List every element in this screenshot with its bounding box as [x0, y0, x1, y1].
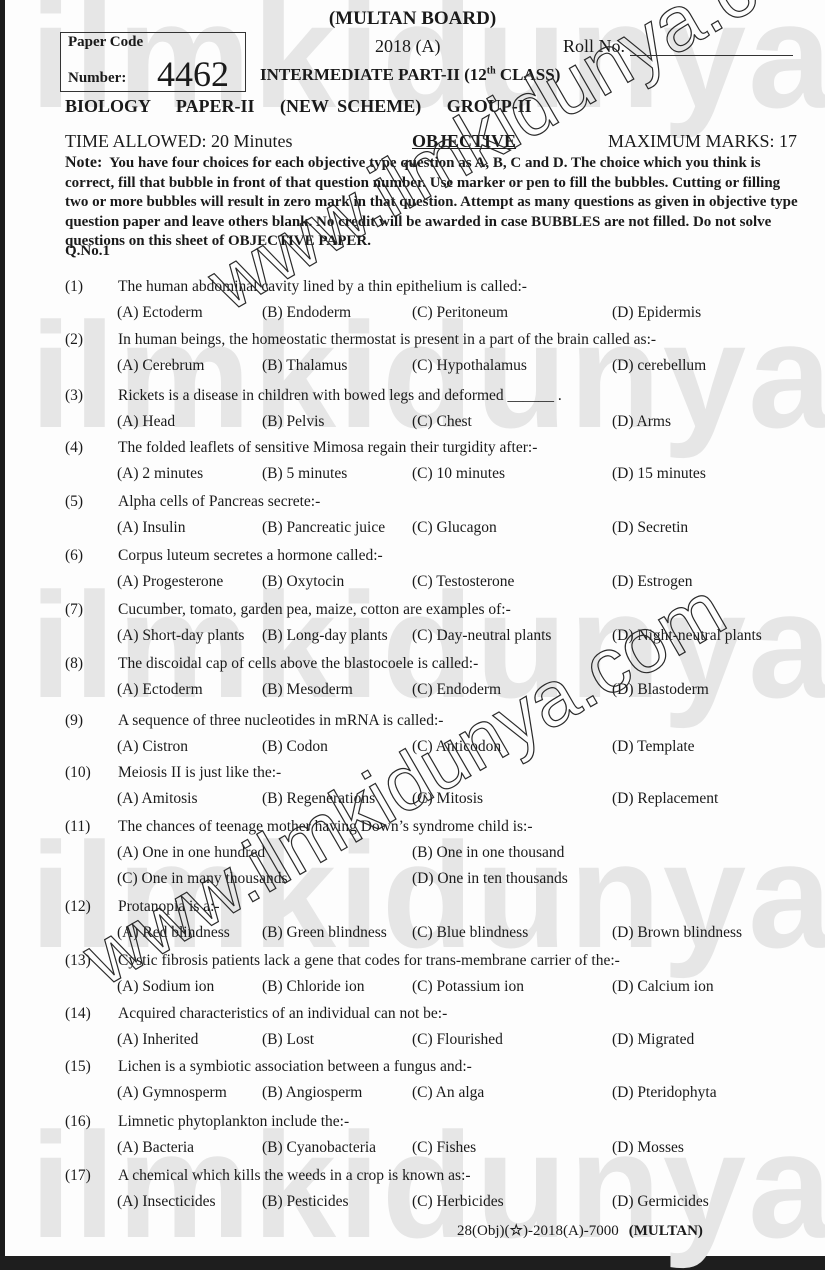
question-text: The human abdominal cavity lined by a th… — [118, 278, 527, 296]
option-d: (D) Migrated — [612, 1031, 694, 1049]
option-b: (B) Pelvis — [262, 413, 324, 431]
option-a: (A) Inherited — [117, 1031, 198, 1049]
paper-footer: 28(Obj)(☆)-2018(A)-7000(MULTAN) — [457, 1221, 703, 1240]
question-text: Cucumber, tomato, garden pea, maize, cot… — [118, 601, 511, 619]
exam-level-end: CLASS) — [496, 65, 561, 84]
roll-number-label: Roll No. — [563, 36, 625, 57]
footer-region: (MULTAN) — [629, 1223, 703, 1239]
option-c: (C) Herbicides — [412, 1193, 504, 1211]
question-number-label: Q.No.1 — [65, 243, 110, 260]
option-c: (C) Hypothalamus — [412, 357, 527, 375]
option-b: (B) 5 minutes — [262, 465, 347, 483]
question-item: (5)Alpha cells of Pancreas secrete:-(A) … — [0, 493, 825, 543]
option-d: (D) Estrogen — [612, 573, 693, 591]
section-title: OBJECTIVE — [412, 131, 516, 152]
question-text: Rickets is a disease in children with bo… — [118, 387, 562, 405]
paper-code-label: Paper Code — [68, 34, 143, 51]
option-a: (A) Progesterone — [117, 573, 223, 591]
option-d: (D) Template — [612, 738, 695, 756]
question-text: Acquired characteristics of an individua… — [118, 1005, 447, 1023]
question-number: (10) — [65, 764, 91, 782]
exam-level: INTERMEDIATE PART-II (12th CLASS) — [260, 65, 560, 85]
option-c: (C) Blue blindness — [412, 924, 528, 942]
question-item: (15)Lichen is a symbiotic association be… — [0, 1058, 825, 1108]
question-number: (3) — [65, 387, 83, 405]
option-c: (C) Flourished — [412, 1031, 503, 1049]
question-number: (2) — [65, 331, 83, 349]
exam-year: 2018 (A) — [375, 36, 441, 57]
paper-number-label: Number: — [68, 70, 126, 87]
option-b: (B) Pancreatic juice — [262, 519, 385, 537]
option-b: (B) Oxytocin — [262, 573, 344, 591]
roll-number-field[interactable] — [630, 55, 793, 56]
option-a: (A) Ectoderm — [117, 304, 203, 322]
exam-level-text: INTERMEDIATE PART-II (12 — [260, 65, 487, 84]
option-c: (C) Testosterone — [412, 573, 514, 591]
option-c: (C) Potassium ion — [412, 978, 524, 996]
question-item: (7)Cucumber, tomato, garden pea, maize, … — [0, 601, 825, 651]
option-d: (D) One in ten thousands — [412, 870, 568, 888]
question-item: (12)Protanopia is a:-(A) Red blindness(B… — [0, 898, 825, 948]
option-d: (D) Mosses — [612, 1139, 684, 1157]
question-text: The discoidal cap of cells above the bla… — [118, 655, 478, 673]
question-item: (6)Corpus luteum secretes a hormone call… — [0, 547, 825, 597]
question-text: Cystic fibrosis patients lack a gene tha… — [118, 952, 620, 970]
option-a: (A) Sodium ion — [117, 978, 214, 996]
question-text: Alpha cells of Pancreas secrete:- — [118, 493, 320, 511]
question-number: (15) — [65, 1058, 91, 1076]
question-text: Protanopia is a:- — [118, 898, 220, 916]
question-number: (13) — [65, 952, 91, 970]
option-b: (B) Green blindness — [262, 924, 387, 942]
option-a: (A) Gymnosperm — [117, 1084, 227, 1102]
question-item: (13)Cystic fibrosis patients lack a gene… — [0, 952, 825, 1002]
option-b: (B) Chloride ion — [262, 978, 364, 996]
question-number: (9) — [65, 712, 83, 730]
question-item: (3)Rickets is a disease in children with… — [0, 387, 825, 437]
option-b: (B) Mesoderm — [262, 681, 353, 699]
option-a: (A) Insecticides — [117, 1193, 216, 1211]
question-text: The folded leaflets of sensitive Mimosa … — [118, 439, 537, 457]
option-c: (C) Fishes — [412, 1139, 476, 1157]
question-item: (2)In human beings, the homeostatic ther… — [0, 331, 825, 381]
option-a: (A) Red blindness — [117, 924, 230, 942]
question-text: Meiosis II is just like the:- — [118, 764, 281, 782]
option-c: (C) Anticodon — [412, 738, 501, 756]
option-d: (D) Blastoderm — [612, 681, 709, 699]
option-d: (D) 15 minutes — [612, 465, 706, 483]
option-a: (A) Bacteria — [117, 1139, 194, 1157]
footer-code-suffix: )-2018(A)-7000 — [523, 1223, 619, 1239]
option-c: (C) Chest — [412, 413, 472, 431]
note-label: Note: — [65, 154, 102, 171]
option-d: (D) Pteridophyta — [612, 1084, 717, 1102]
question-item: (10)Meiosis II is just like the:-(A) Ami… — [0, 764, 825, 814]
footer-code-prefix: 28(Obj)( — [457, 1223, 510, 1239]
option-a: (A) 2 minutes — [117, 465, 203, 483]
option-a: (A) Insulin — [117, 519, 185, 537]
option-c: (C) Glucagon — [412, 519, 497, 537]
option-a: (A) Short-day plants — [117, 627, 244, 645]
option-a: (A) One in one hundred — [117, 844, 265, 862]
star-icon: ☆ — [510, 1223, 523, 1239]
option-a: (A) Ectoderm — [117, 681, 203, 699]
option-c: (C) An alga — [412, 1084, 484, 1102]
option-d: (D) Brown blindness — [612, 924, 742, 942]
question-number: (17) — [65, 1167, 91, 1185]
question-text: The chances of teenage mother having Dow… — [118, 818, 533, 836]
question-text: Corpus luteum secretes a hormone called:… — [118, 547, 383, 565]
question-text: Limnetic phytoplankton include the:- — [118, 1113, 349, 1131]
question-item: (4)The folded leaflets of sensitive Mimo… — [0, 439, 825, 489]
subject-line: BIOLOGY PAPER-II (NEW SCHEME) GROUP-II — [65, 96, 532, 117]
question-number: (4) — [65, 439, 83, 457]
question-text: Lichen is a symbiotic association betwee… — [118, 1058, 472, 1076]
option-c: (C) Day-neutral plants — [412, 627, 551, 645]
question-number: (7) — [65, 601, 83, 619]
question-number: (5) — [65, 493, 83, 511]
option-d: (D) cerebellum — [612, 357, 706, 375]
option-c: (C) Endoderm — [412, 681, 501, 699]
option-c: (C) One in many thousands — [117, 870, 287, 888]
option-d: (D) Arms — [612, 413, 671, 431]
question-text: A chemical which kills the weeds in a cr… — [118, 1167, 471, 1185]
option-d: (D) Night-neutral plants — [612, 627, 762, 645]
option-d: (D) Calcium ion — [612, 978, 714, 996]
option-b: (B) One in one thousand — [412, 844, 564, 862]
option-a: (A) Cerebrum — [117, 357, 204, 375]
question-item: (16)Limnetic phytoplankton include the:-… — [0, 1113, 825, 1163]
option-d: (D) Epidermis — [612, 304, 701, 322]
question-number: (6) — [65, 547, 83, 565]
question-text: A sequence of three nucleotides in mRNA … — [118, 712, 443, 730]
question-number: (1) — [65, 278, 83, 296]
question-item: (9)A sequence of three nucleotides in mR… — [0, 712, 825, 762]
instructions-note: Note: You have four choices for each obj… — [65, 153, 805, 252]
scan-bottom-edge — [0, 1256, 825, 1270]
question-number: (12) — [65, 898, 91, 916]
maximum-marks: MAXIMUM MARKS: 17 — [608, 131, 797, 152]
option-b: (B) Pesticides — [262, 1193, 349, 1211]
option-c: (C) 10 minutes — [412, 465, 505, 483]
option-b: (B) Lost — [262, 1031, 314, 1049]
option-b: (B) Thalamus — [262, 357, 347, 375]
option-c: (C) Mitosis — [412, 790, 483, 808]
option-d: (D) Replacement — [612, 790, 718, 808]
option-a: (A) Head — [117, 413, 175, 431]
note-text: You have four choices for each objective… — [65, 155, 798, 249]
option-c: (C) Peritoneum — [412, 304, 508, 322]
question-item: (1)The human abdominal cavity lined by a… — [0, 278, 825, 328]
board-name: (MULTAN BOARD) — [0, 8, 825, 30]
question-number: (14) — [65, 1005, 91, 1023]
question-number: (11) — [65, 818, 90, 836]
exam-level-sup: th — [487, 65, 496, 76]
option-b: (B) Cyanobacteria — [262, 1139, 376, 1157]
question-text: In human beings, the homeostatic thermos… — [118, 331, 656, 349]
question-number: (16) — [65, 1113, 91, 1131]
paper-code-number: 4462 — [157, 53, 229, 95]
question-item: (11)The chances of teenage mother having… — [0, 818, 825, 868]
option-a: (A) Cistron — [117, 738, 188, 756]
question-item: (14)Acquired characteristics of an indiv… — [0, 1005, 825, 1055]
time-allowed: TIME ALLOWED: 20 Minutes — [65, 131, 292, 152]
option-b: (B) Long-day plants — [262, 627, 388, 645]
option-b: (B) Angiosperm — [262, 1084, 362, 1102]
option-a: (A) Amitosis — [117, 790, 198, 808]
question-number: (8) — [65, 655, 83, 673]
option-d: (D) Secretin — [612, 519, 688, 537]
question-item: (17)A chemical which kills the weeds in … — [0, 1167, 825, 1217]
option-b: (B) Regenerations — [262, 790, 375, 808]
option-b: (B) Endoderm — [262, 304, 351, 322]
question-item: (8)The discoidal cap of cells above the … — [0, 655, 825, 705]
option-b: (B) Codon — [262, 738, 328, 756]
option-d: (D) Germicides — [612, 1193, 709, 1211]
